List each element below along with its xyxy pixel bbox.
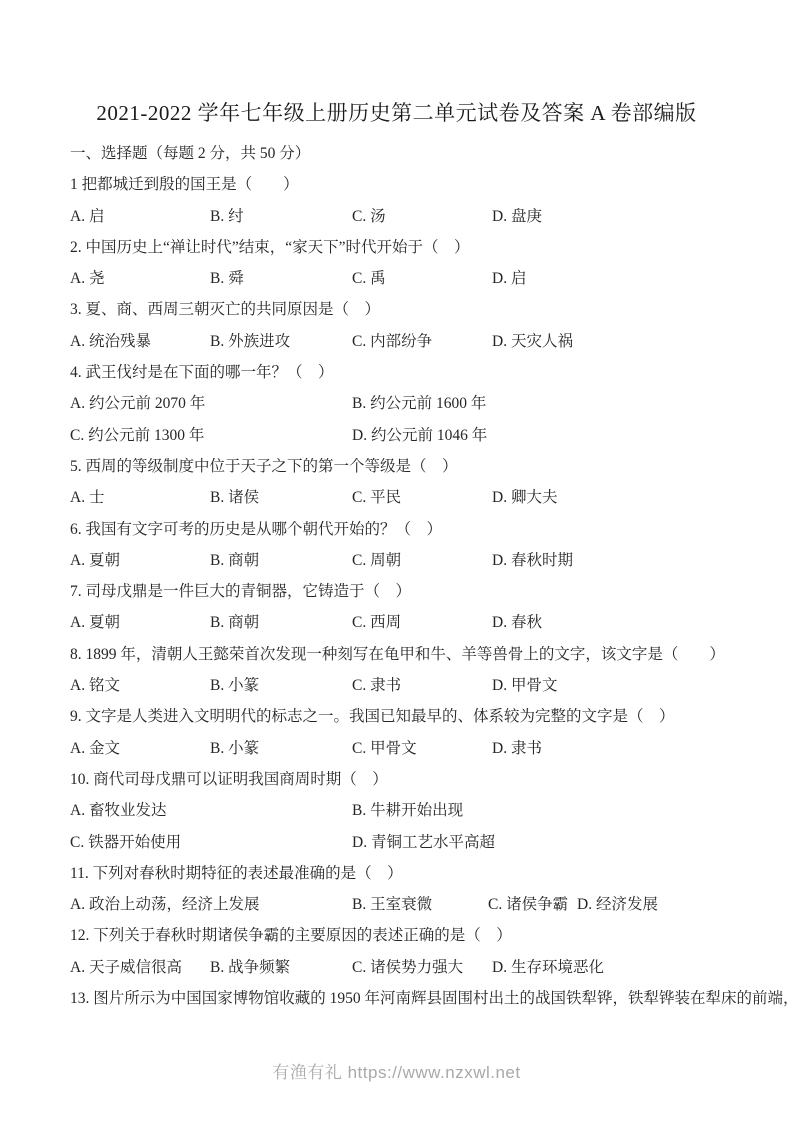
- question-3-option-b: B. 外族进攻: [210, 326, 290, 357]
- question-13-text: 13. 图片所示为中国国家博物馆收藏的 1950 年河南辉县固围村出土的战国铁犁…: [70, 983, 750, 1014]
- question-2-text: 2. 中国历史上“禅让时代”结束，“家天下”时代开始于（ ）: [70, 232, 750, 263]
- question-11-option-a: A. 政治上动荡，经济上发展: [70, 889, 259, 920]
- document-page: 2021-2022 学年七年级上册历史第二单元试卷及答案 A 卷部编版 一、选择…: [0, 0, 793, 1122]
- question-7-option-b: B. 商朝: [210, 607, 259, 638]
- question-10-text: 10. 商代司母戊鼎可以证明我国商周时期（ ）: [70, 764, 750, 795]
- question-8-option-b: B. 小篆: [210, 670, 259, 701]
- question-10-option-c: C. 铁器开始使用: [70, 827, 181, 858]
- question-1-option-b: B. 纣: [210, 201, 244, 232]
- question-12-text: 12. 下列关于春秋时期诸侯争霸的主要原因的表述正确的是（ ）: [70, 920, 750, 951]
- question-10-options-row-2: C. 铁器开始使用 D. 青铜工艺水平高超: [70, 827, 750, 858]
- watermark-footer: 有渔有礼 https://www.nzxwl.net: [0, 1058, 793, 1083]
- question-6-option-c: C. 周朝: [352, 545, 401, 576]
- question-6-option-a: A. 夏朝: [70, 545, 120, 576]
- question-5-option-c: C. 平民: [352, 482, 401, 513]
- question-9-option-b: B. 小篆: [210, 733, 259, 764]
- question-1-option-c: C. 汤: [352, 201, 386, 232]
- question-10-option-b: B. 牛耕开始出现: [352, 795, 463, 826]
- exam-body: 一、选择题（每题 2 分，共 50 分） 1 把都城迁到殷的国王是（ ） A. …: [70, 138, 750, 1014]
- question-3-options: A. 统治残暴 B. 外族进攻 C. 内部纷争 D. 天灾人祸: [70, 326, 750, 357]
- question-11-text: 11. 下列对春秋时期特征的表述最准确的是（ ）: [70, 858, 750, 889]
- question-11-option-b: B. 王室衰微: [352, 889, 432, 920]
- exam-title: 2021-2022 学年七年级上册历史第二单元试卷及答案 A 卷部编版: [0, 98, 793, 128]
- question-8-options: A. 铭文 B. 小篆 C. 隶书 D. 甲骨文: [70, 670, 750, 701]
- question-4-options-row-2: C. 约公元前 1300 年 D. 约公元前 1046 年: [70, 420, 750, 451]
- question-4-option-d: D. 约公元前 1046 年: [352, 420, 487, 451]
- question-6-text: 6. 我国有文字可考的历史是从哪个朝代开始的？（ ）: [70, 514, 750, 545]
- question-7-text: 7. 司母戊鼎是一件巨大的青铜器，它铸造于（ ）: [70, 576, 750, 607]
- question-12-option-c: C. 诸侯势力强大: [352, 952, 463, 983]
- question-12-option-b: B. 战争频繁: [210, 952, 290, 983]
- question-3-option-a: A. 统治残暴: [70, 326, 151, 357]
- question-10-option-d: D. 青铜工艺水平高超: [352, 827, 495, 858]
- question-4-option-a: A. 约公元前 2070 年: [70, 388, 205, 419]
- question-4-option-c: C. 约公元前 1300 年: [70, 420, 204, 451]
- question-6-options: A. 夏朝 B. 商朝 C. 周朝 D. 春秋时期: [70, 545, 750, 576]
- question-1-option-d: D. 盘庚: [492, 201, 542, 232]
- question-2-option-d: D. 启: [492, 263, 526, 294]
- question-9-option-d: D. 隶书: [492, 733, 542, 764]
- question-9-text: 9. 文字是人类进入文明明代的标志之一。我国已知最早的、体系较为完整的文字是（ …: [70, 701, 750, 732]
- question-11-option-c: C. 诸侯争霸: [488, 889, 568, 920]
- question-1-text: 1 把都城迁到殷的国王是（ ）: [70, 169, 750, 200]
- question-6-option-d: D. 春秋时期: [492, 545, 573, 576]
- question-1-option-a: A. 启: [70, 201, 104, 232]
- question-4-option-b: B. 约公元前 1600 年: [352, 388, 486, 419]
- question-7-options: A. 夏朝 B. 商朝 C. 西周 D. 春秋: [70, 607, 750, 638]
- question-6-option-b: B. 商朝: [210, 545, 259, 576]
- section-header: 一、选择题（每题 2 分，共 50 分）: [70, 138, 750, 169]
- question-9-option-a: A. 金文: [70, 733, 120, 764]
- question-7-option-c: C. 西周: [352, 607, 401, 638]
- question-9-option-c: C. 甲骨文: [352, 733, 417, 764]
- question-2-option-c: C. 禹: [352, 263, 386, 294]
- question-10-options-row-1: A. 畜牧业发达 B. 牛耕开始出现: [70, 795, 750, 826]
- question-8-option-a: A. 铭文: [70, 670, 120, 701]
- question-8-option-d: D. 甲骨文: [492, 670, 557, 701]
- question-4-text: 4. 武王伐纣是在下面的哪一年？（ ）: [70, 357, 750, 388]
- question-10-option-a: A. 畜牧业发达: [70, 795, 166, 826]
- question-2-option-b: B. 舜: [210, 263, 244, 294]
- question-8-option-c: C. 隶书: [352, 670, 401, 701]
- question-3-option-d: D. 天灾人祸: [492, 326, 573, 357]
- question-5-option-b: B. 诸侯: [210, 482, 259, 513]
- question-3-option-c: C. 内部纷争: [352, 326, 432, 357]
- question-7-option-a: A. 夏朝: [70, 607, 120, 638]
- question-12-option-d: D. 生存环境恶化: [492, 952, 604, 983]
- question-2-option-a: A. 尧: [70, 263, 104, 294]
- question-5-option-a: A. 士: [70, 482, 104, 513]
- question-5-option-d: D. 卿大夫: [492, 482, 557, 513]
- question-9-options: A. 金文 B. 小篆 C. 甲骨文 D. 隶书: [70, 733, 750, 764]
- question-5-options: A. 士 B. 诸侯 C. 平民 D. 卿大夫: [70, 482, 750, 513]
- question-11-option-d: D. 经济发展: [577, 889, 658, 920]
- question-7-option-d: D. 春秋: [492, 607, 542, 638]
- question-2-options: A. 尧 B. 舜 C. 禹 D. 启: [70, 263, 750, 294]
- question-12-option-a: A. 天子威信很高: [70, 952, 182, 983]
- question-4-options-row-1: A. 约公元前 2070 年 B. 约公元前 1600 年: [70, 388, 750, 419]
- question-1-options: A. 启 B. 纣 C. 汤 D. 盘庚: [70, 201, 750, 232]
- question-5-text: 5. 西周的等级制度中位于天子之下的第一个等级是（ ）: [70, 451, 750, 482]
- question-3-text: 3. 夏、商、西周三朝灭亡的共同原因是（ ）: [70, 294, 750, 325]
- question-8-text: 8. 1899 年，清朝人王懿荣首次发现一种刻写在龟甲和牛、羊等兽骨上的文字，该…: [70, 639, 750, 670]
- question-12-options: A. 天子威信很高 B. 战争频繁 C. 诸侯势力强大 D. 生存环境恶化: [70, 952, 750, 983]
- question-11-options: A. 政治上动荡，经济上发展 B. 王室衰微 C. 诸侯争霸 D. 经济发展: [70, 889, 750, 920]
